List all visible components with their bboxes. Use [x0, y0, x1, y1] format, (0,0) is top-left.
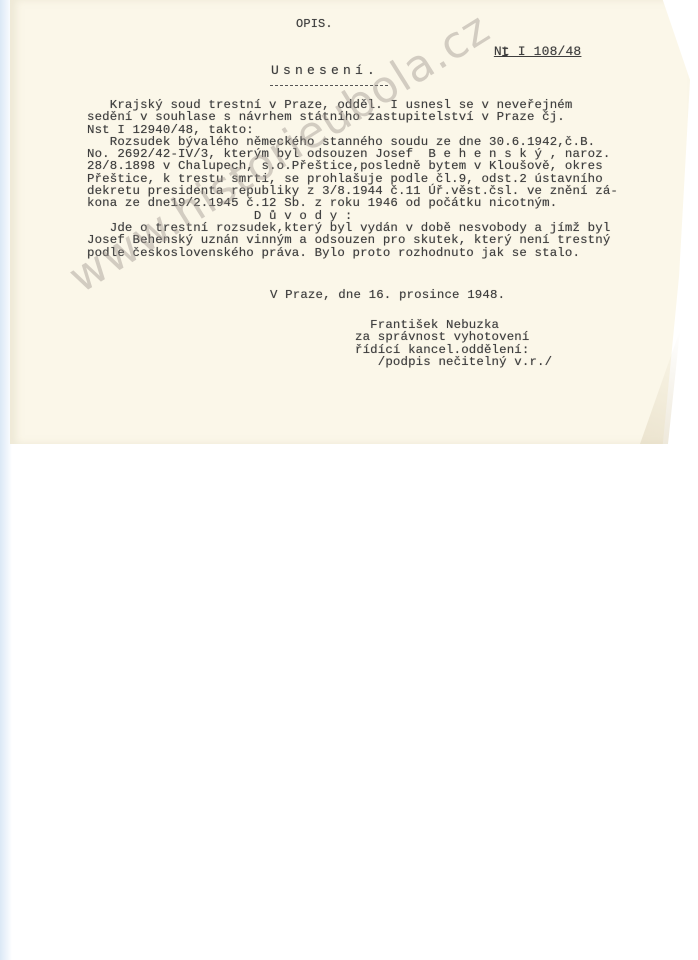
body-line: sedění v souhlase s návrhem státního zas… — [87, 111, 618, 123]
header-label: OPIS. — [296, 18, 333, 30]
document-title: Usnesení. — [271, 65, 379, 77]
signature-line: /podpis nečitelný v.r./ — [355, 356, 552, 368]
document-body: Krajský soud trestní v Praze, odděl. I u… — [87, 99, 618, 259]
reference-sub: I — [501, 47, 509, 59]
reference-number: Nt I 108/48 I — [478, 34, 581, 71]
signature-line: za správnost vyhotovení — [355, 331, 552, 343]
body-line: Josef Behenský uznán vinným a odsouzen p… — [87, 234, 618, 246]
body-line: 28/8.1898 v Chalupech, s.o.Přeštice,posl… — [87, 160, 618, 172]
body-line: podle československého práva. Bylo proto… — [87, 247, 618, 259]
signature-block: František Nebuzkaza správnost vyhotovení… — [355, 319, 552, 368]
place-date: V Praze, dne 16. prosince 1948. — [270, 289, 505, 301]
title-underline — [270, 85, 388, 86]
body-line: kona ze dne19/2.1945 č.12 Sb. z roku 194… — [87, 197, 618, 209]
